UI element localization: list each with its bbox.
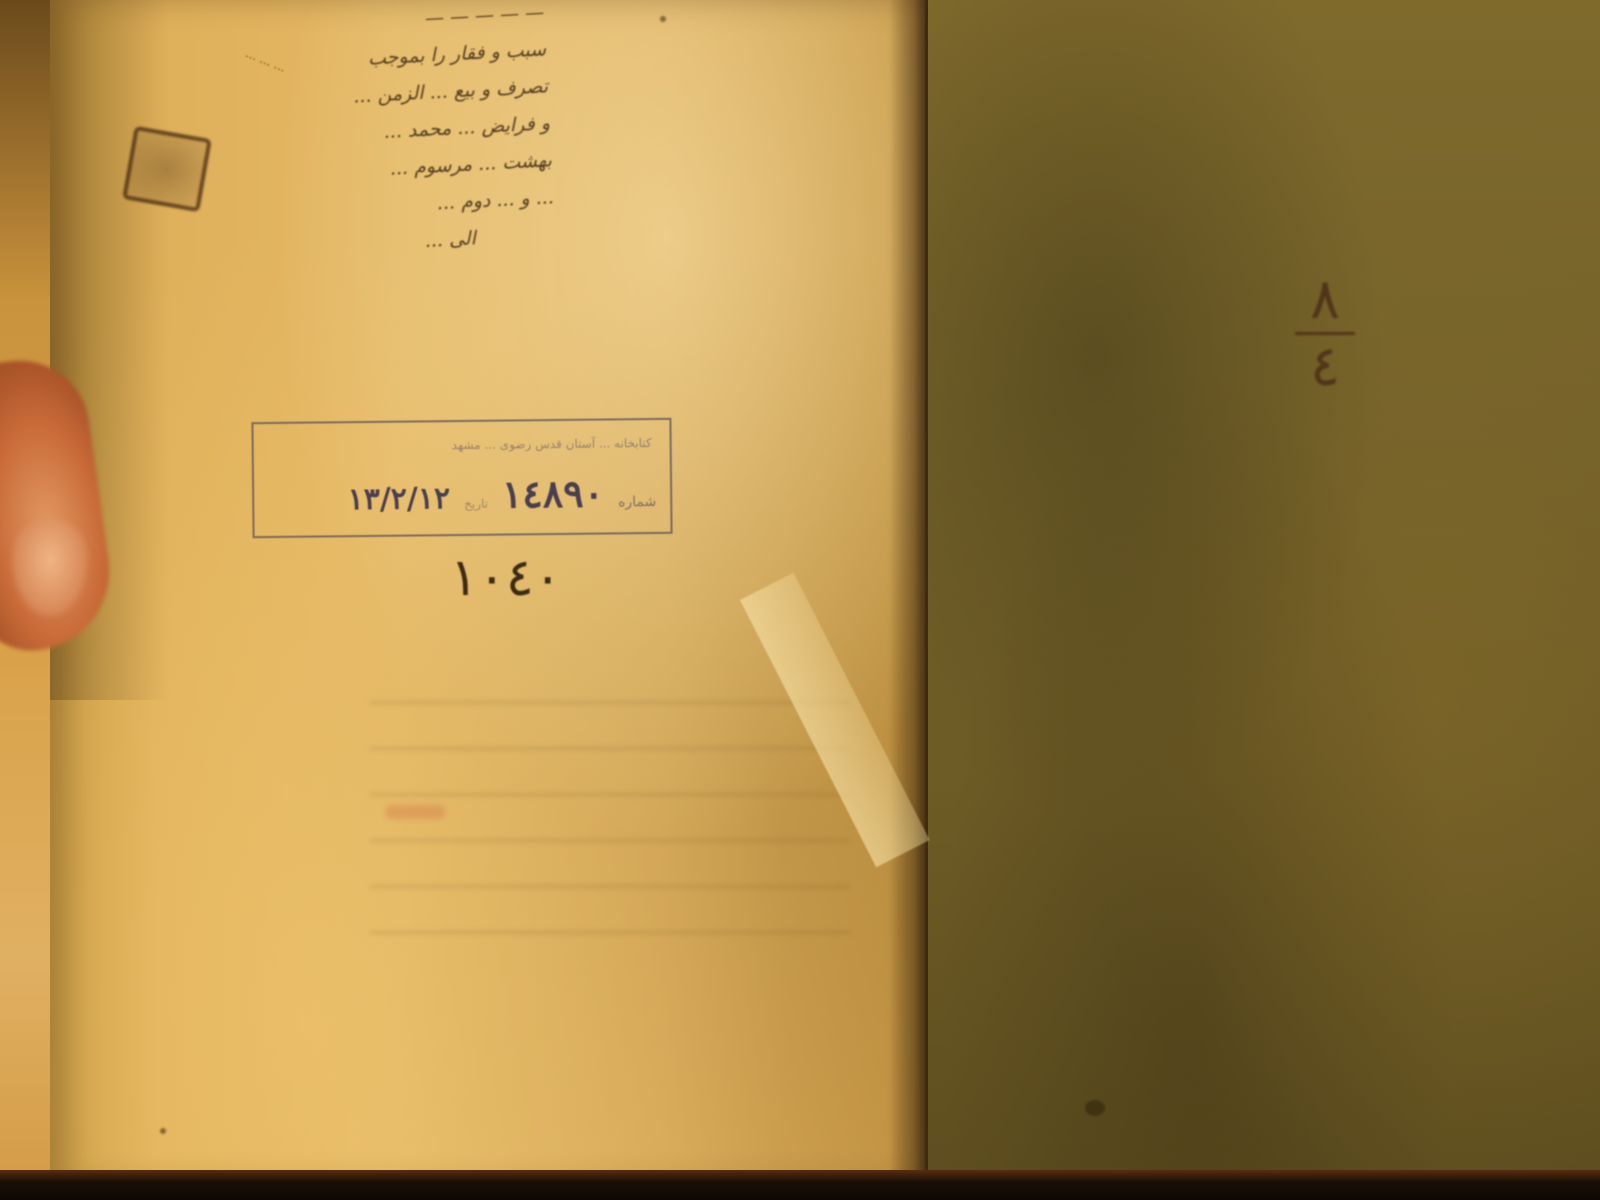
right-leaf-cover [925,0,1600,1180]
handwritten-note: — — — — — سبب و فقار را بموجب تصرف و بیع… [323,0,556,265]
table-edge [0,1170,1600,1200]
thumb-highlight [10,520,90,620]
paper-speck [160,1128,166,1134]
stamp-date-label: تاریخ [464,497,488,511]
paper-speck [660,16,666,22]
book-gutter [890,0,930,1185]
stamp-number: ١٤٨٩٠ [502,471,605,517]
red-ink-trace [385,805,445,819]
library-stamp: کتابخانه ... آستان قدس رضوی ... مشهد شما… [251,418,672,538]
stamp-number-label: شماره [618,494,656,510]
cover-stain [1085,1100,1105,1116]
cover-mark-top: ٨ [1310,267,1340,332]
manuscript-photo: — — — — — سبب و فقار را بموجب تصرف و بیع… [0,0,1600,1200]
cover-mark-bottom: ٤ [1310,334,1340,399]
cover-mark: ٨ ٤ [1290,270,1360,397]
shelf-number: ١٠٤٠ [450,548,562,608]
stamp-header: کتابخانه ... آستان قدس رضوی ... مشهد [452,436,652,452]
seal-impression-icon [122,126,212,212]
stamp-date: ١٣/٢/١٢ [347,481,450,517]
stamp-row: شماره ١٤٨٩٠ تاریخ ١٣/٢/١٢ [347,470,656,518]
